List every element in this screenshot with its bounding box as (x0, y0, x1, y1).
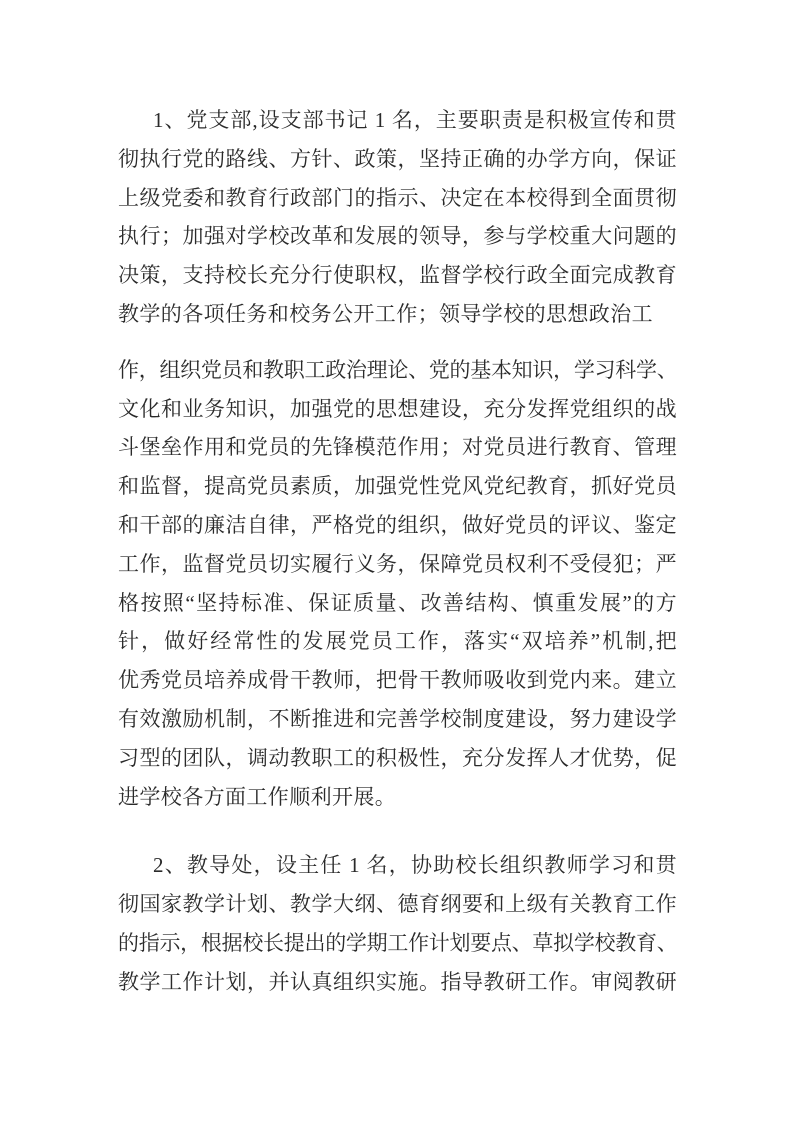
para-1-party-branch-duties: 1、党支部,设支部书记 1 名，主要职责是积极宣传和贯彻执行党的路线、方针、政策… (118, 101, 677, 334)
text-line: 和干部的廉洁自律，严格党的组织，做好党员的评议、鉴定 (118, 506, 677, 545)
text-line: 优秀党员培养成骨干教师，把骨干教师吸收到党内来。建立 (118, 661, 677, 700)
text-line: 有效激励机制，不断推进和完善学校制度建设，努力建设学 (118, 700, 677, 739)
text-line: 进学校各方面工作顺利开展。 (118, 778, 677, 817)
para-3-teaching-office-duties: 2、教导处，设主任 1 名，协助校长组织教师学习和贯彻国家教学计划、教学大纲、德… (118, 846, 677, 1001)
document-page-content: 1、党支部,设支部书记 1 名，主要职责是积极宣传和贯彻执行党的路线、方针、政策… (118, 101, 677, 1002)
text-line: 上级党委和教育行政部门的指示、决定在本校得到全面贯彻 (118, 179, 677, 218)
text-line: 和监督，提高党员素质，加强党性党风党纪教育，抓好党员 (118, 467, 677, 506)
text-line: 习型的团队，调动教职工的积极性，充分发挥人才优势，促 (118, 739, 677, 778)
text-line: 彻国家教学计划、教学大纲、德育纲要和上级有关教育工作 (118, 885, 677, 924)
text-line: 工作，监督党员切实履行义务，保障党员权利不受侵犯；严 (118, 545, 677, 584)
text-line: 斗堡垒作用和党员的先锋模范作用；对党员进行教育、管理 (118, 428, 677, 467)
text-line: 格按照“坚持标准、保证质量、改善结构、慎重发展”的方 (118, 584, 677, 623)
text-line: 2、教导处，设主任 1 名，协助校长组织教师学习和贯 (118, 846, 677, 885)
text-line: 文化和业务知识，加强党的思想建设，充分发挥党组织的战 (118, 390, 677, 429)
text-line: 彻执行党的路线、方针、政策，坚持正确的办学方向，保证 (118, 140, 677, 179)
text-line: 1、党支部,设支部书记 1 名，主要职责是积极宣传和贯 (118, 101, 677, 140)
document-page: 1、党支部,设支部书记 1 名，主要职责是积极宣传和贯彻执行党的路线、方针、政策… (0, 0, 793, 1122)
text-line: 教学的各项任务和校务公开工作；领导学校的思想政治工 (118, 295, 677, 334)
text-line: 的指示，根据校长提出的学期工作计划要点、草拟学校教育、 (118, 924, 677, 963)
text-line: 执行；加强对学校改革和发展的领导，参与学校重大问题的 (118, 217, 677, 256)
text-line: 针，做好经常性的发展党员工作，落实“双培养”机制,把 (118, 622, 677, 661)
text-line: 教学工作计划，并认真组织实施。指导教研工作。审阅教研 (118, 963, 677, 1002)
text-line: 决策，支持校长充分行使职权，监督学校行政全面完成教育 (118, 256, 677, 295)
text-line: 作，组织党员和教职工政治理论、党的基本知识，学习科学、 (118, 351, 677, 390)
para-2-party-branch-duties-continued: 作，组织党员和教职工政治理论、党的基本知识，学习科学、文化和业务知识，加强党的思… (118, 351, 677, 817)
